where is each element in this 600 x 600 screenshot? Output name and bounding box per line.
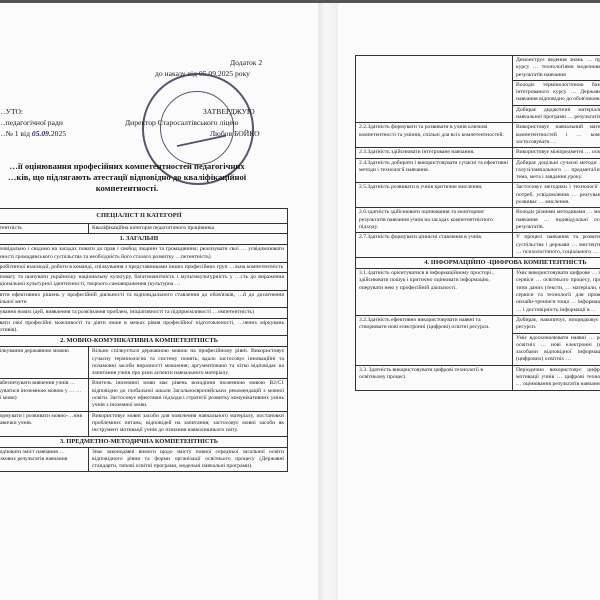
- director-name: Любов БОЙКО: [210, 129, 260, 139]
- description-cell: У процесі навчання та розвитку … ставлен…: [513, 233, 600, 258]
- competence-table-right: Демонструє ведення знань … предмета/інте…: [355, 55, 600, 391]
- title-line-2: …ків, що підлягають атестації відповідно…: [0, 172, 272, 183]
- protocol-line: …№ 1 від 05.09.2025: [0, 129, 66, 139]
- description-cell: Застосовує методики і технології … своїх…: [513, 183, 600, 208]
- competence-cell: 2.2.Здатність формувати та розвивати в у…: [356, 123, 513, 148]
- competence-table-left: СПЕЦІАЛІСТ ІІ КАТЕГОРІЇ …тентність Квалі…: [0, 208, 288, 472]
- document-title: …ії оцінювання професійних компетентност…: [0, 161, 272, 194]
- description-cell: Уміє вдосконалювати наявні … ресурси від…: [513, 333, 600, 365]
- general-competence-row: …яття ефективних рішень у професійній ді…: [0, 290, 288, 308]
- competence-cell: …ормувати і розвивати мовно-…ння і навич…: [0, 411, 89, 436]
- description-cell: Вчитель іноземної мови має рівень володі…: [89, 379, 288, 411]
- description-cell: Володіє термінологічною базою … предмета…: [513, 80, 600, 105]
- approved-label: ЗАТВЕРДЖУЮ: [203, 107, 255, 117]
- description-cell: Володіє різними методиками … моніторингу…: [513, 208, 600, 233]
- agreed-label: …УТО:: [0, 107, 23, 117]
- competence-cell: 2.7.Здатність формувати ціннісні ставлен…: [356, 233, 513, 258]
- right-page: Демонструє ведення знань … предмета/інте…: [338, 3, 600, 600]
- category-header: СПЕЦІАЛІСТ ІІ КАТЕГОРІЇ: [0, 209, 288, 224]
- competence-cell: 2.3.Здатність здійснювати інтегроване на…: [356, 148, 513, 158]
- title-line-1: …ії оцінювання професійних компетентност…: [0, 161, 272, 172]
- page-gutter: [318, 3, 338, 600]
- competence-cell: 2.6.здатність здійснювати оцінювання та …: [356, 208, 513, 233]
- section-4-title: 4. ІНФОРМАЦІЙНО -ЦИФРОВА КОМПЕТЕНТНІСТЬ: [356, 258, 600, 269]
- competence-cell: 3.1.Здатність орієнтуватися в інформацій…: [356, 269, 513, 316]
- description-cell: Періодично використовує цифрові … підвищ…: [513, 365, 600, 390]
- description-cell: Використовує навчальний матеріал … ключо…: [513, 123, 600, 148]
- description-cell: Демонструє ведення знань … предмета/інте…: [513, 56, 600, 81]
- section-3-title: 3. ПРЕДМЕТНО-МЕТОДИЧНА КОМПЕТЕНТНІСТЬ: [0, 436, 288, 447]
- general-competence-row: …робітничої взаємодії, роботи в команді,…: [0, 262, 288, 272]
- general-competence-row: …ловідально і свідомо на засадах поваги …: [0, 245, 288, 263]
- competence-cell: 2.5.Здатність розвивати в учнів критичне…: [356, 183, 513, 208]
- description-cell: Добирає доцільні сучасні методи … засоба…: [513, 158, 600, 183]
- title-line-3: компетентності.: [0, 183, 272, 194]
- column-header-competence: …тентність: [0, 224, 89, 234]
- competence-cell: …ілкування державною мовою: [0, 347, 89, 379]
- competence-cell: 3.2.Здатність ефективно використовувати …: [356, 315, 513, 365]
- description-cell: Уміє використовувати цифрове … забезпече…: [513, 269, 600, 316]
- competence-cell-continued: [356, 56, 513, 123]
- general-competence-row: …вати свої професійні можливості та діят…: [0, 318, 288, 336]
- pedagogical-council-label: …педагогічної ради: [0, 118, 63, 128]
- competence-cell: …абезпечувати вивчення учнів …ілкуватися…: [0, 379, 89, 411]
- description-cell: Вільно спілкується державною мовою на пр…: [89, 347, 288, 379]
- description-cell: Використовує мовні засоби для пояснення …: [89, 411, 288, 436]
- column-header-category: Кваліфікаційна категорія педагогічного п…: [89, 224, 288, 234]
- appendix-label: Додаток 2: [230, 58, 262, 68]
- competence-cell: …одіювати зміст навчання …в'язкових резу…: [0, 447, 89, 472]
- director-title: Директор Старосалтівського ліцею: [125, 118, 238, 128]
- description-cell: Знає законодавчі вимоги щодо змісту повн…: [89, 447, 288, 472]
- competence-cell: 2.4.Здатність добирати і використовувати…: [356, 158, 513, 183]
- protocol-number: …№ 1 від: [0, 129, 32, 138]
- general-competence-row: …ування нових ідей, виявлення та розв'яз…: [0, 308, 288, 318]
- left-page: Додаток 2 до наказу від 05.09.2025 року …: [0, 3, 318, 600]
- protocol-year: 2025: [51, 129, 66, 138]
- protocol-date-handwritten: 05.09.: [32, 129, 51, 138]
- description-cell: Добирає, накопичує, впорядковує … (цифро…: [513, 315, 600, 333]
- section-2-title: 2. МОВНО-КОМУНІКАТИВНА КОМПЕТЕНТНІСТЬ: [0, 336, 288, 347]
- description-cell: Добирає дидактичні матеріали … тем/розді…: [513, 105, 600, 123]
- general-competence-row: …повагу та шанувати українську національ…: [0, 273, 288, 291]
- competence-cell: 3.3. Здатність використовувати цифрові т…: [356, 365, 513, 390]
- section-1-title: 1. ЗАГАЛЬНІ: [0, 234, 288, 245]
- description-cell: Використовує міжпредметні … освітніх гал…: [513, 148, 600, 158]
